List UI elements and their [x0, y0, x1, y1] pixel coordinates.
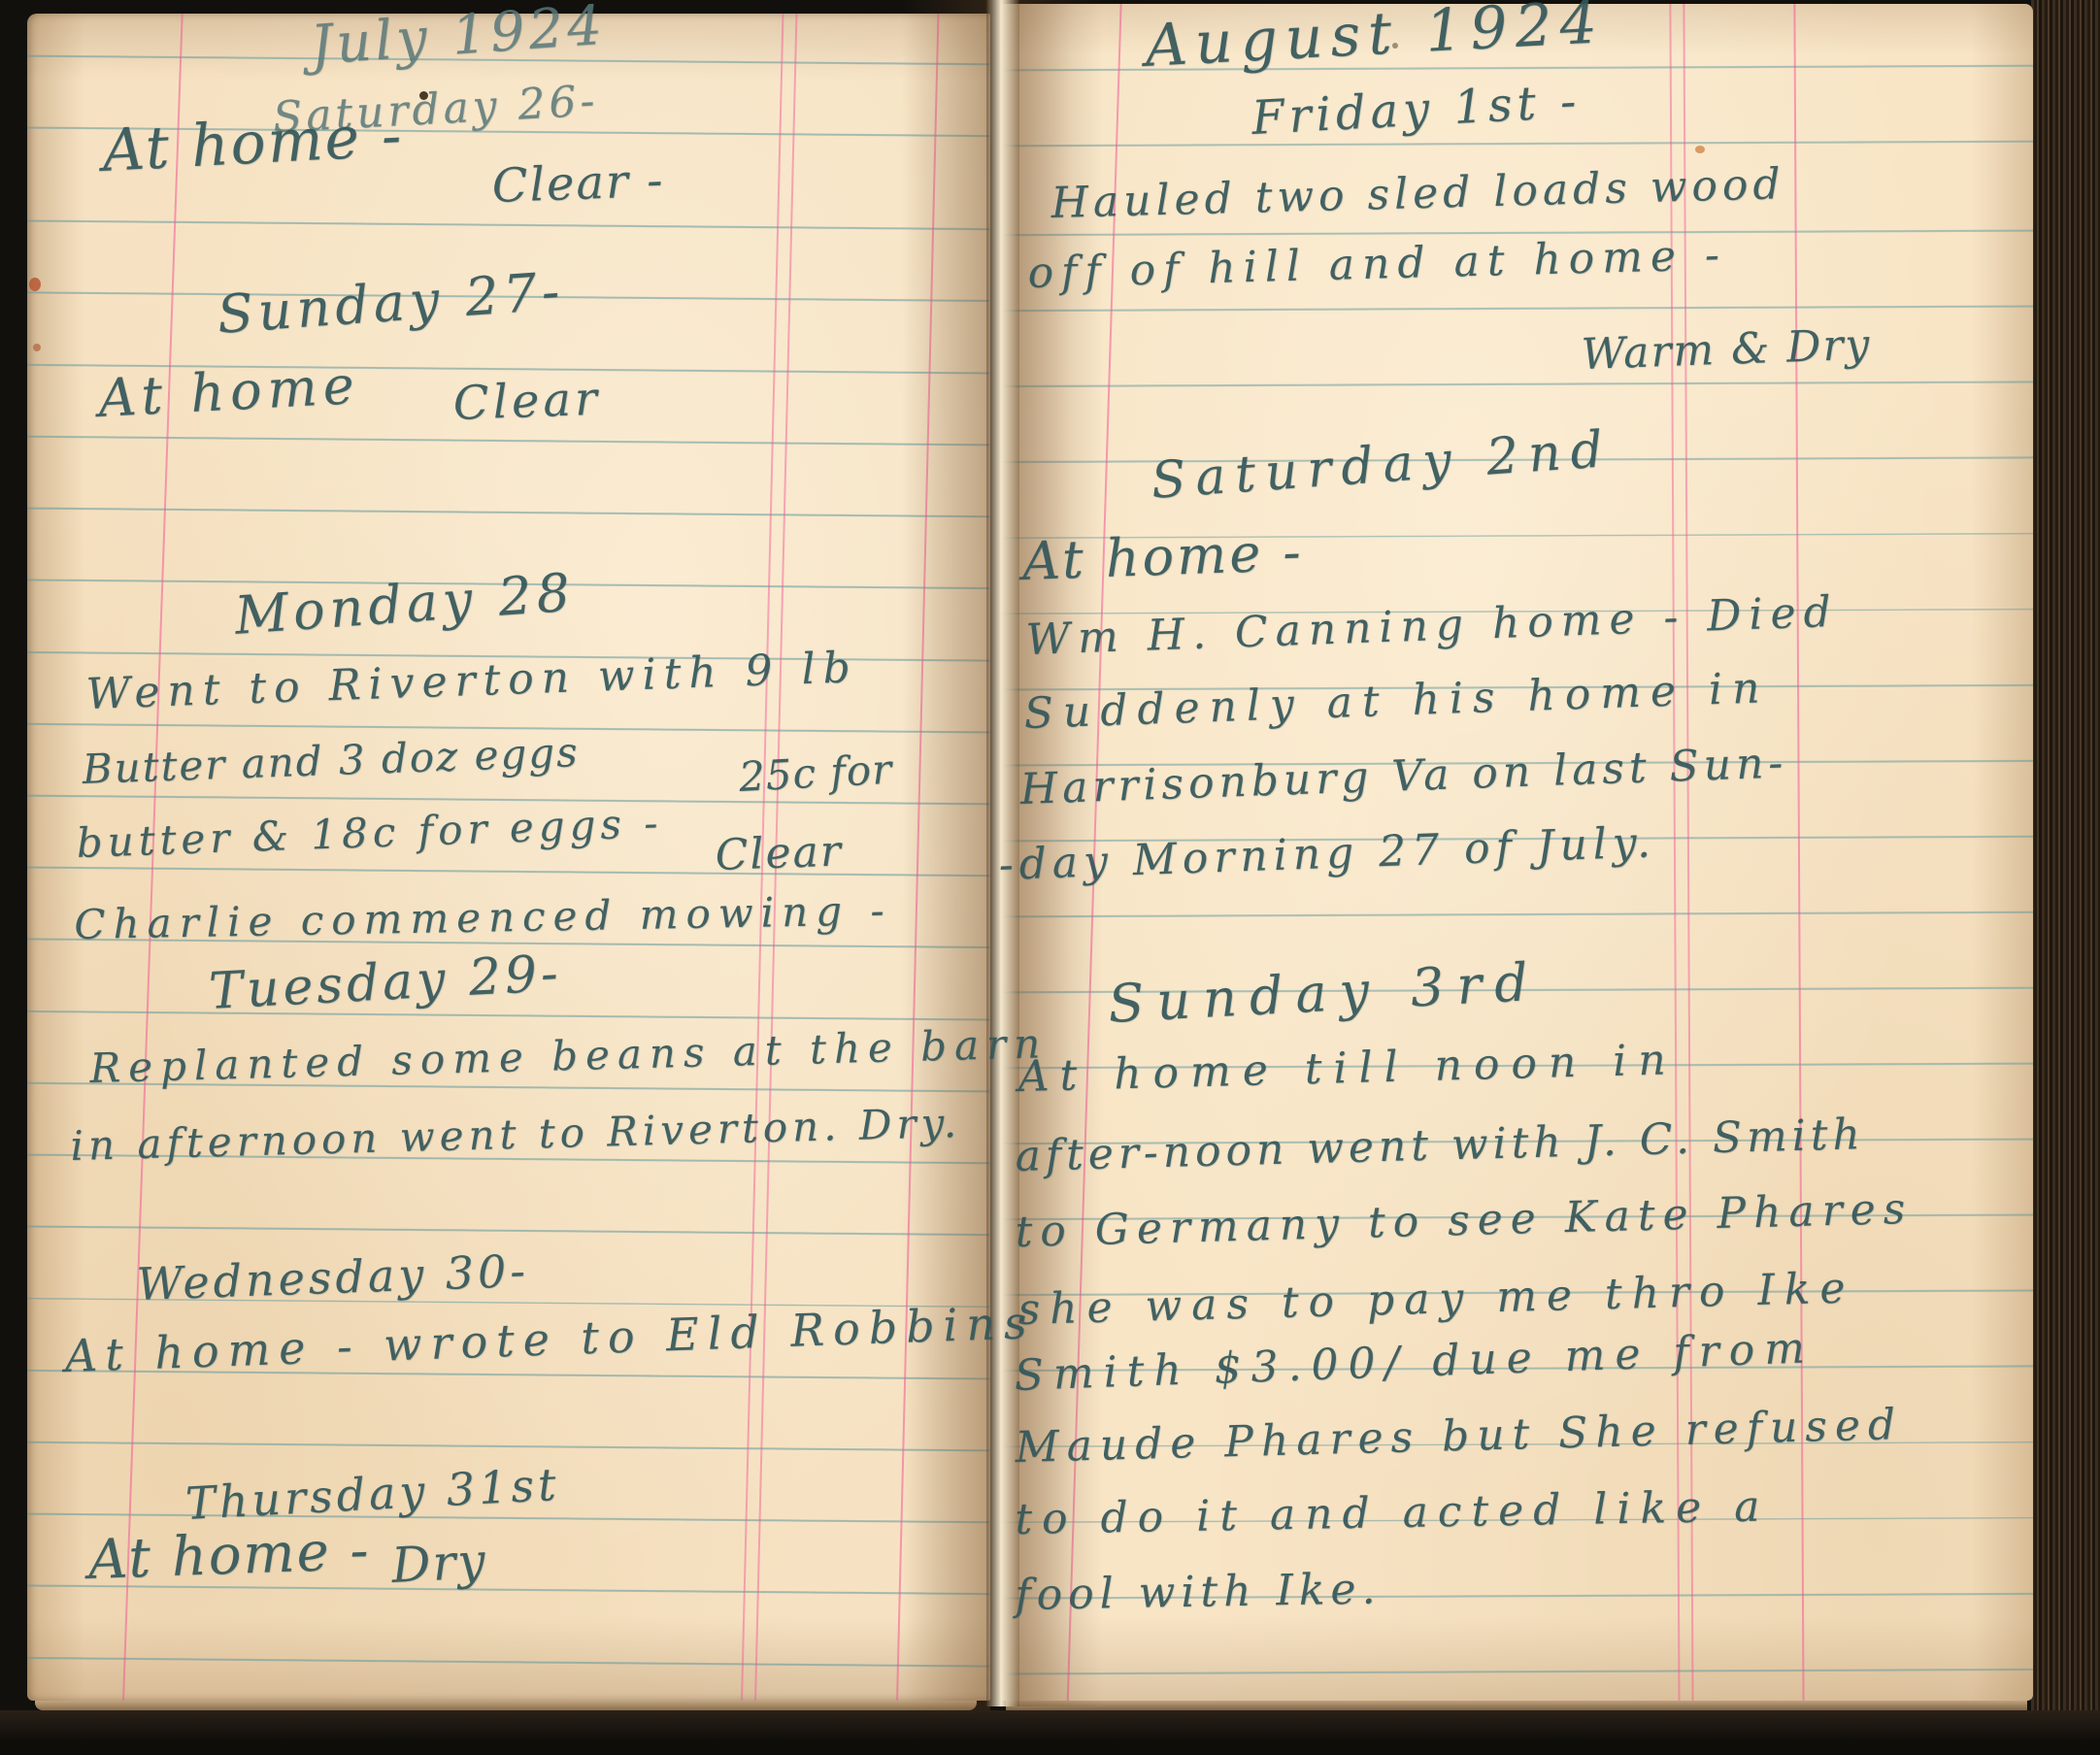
- rust-stain: [29, 278, 41, 291]
- diary-line: Dry: [390, 1537, 488, 1590]
- gutter-shadow-left: [901, 0, 990, 1710]
- diary-line: Clear -: [491, 157, 665, 210]
- diary-line: At home -: [87, 1524, 371, 1588]
- rust-stain-small: [33, 344, 41, 351]
- diary-line: Clear: [452, 376, 602, 427]
- diary-line: At home -: [101, 107, 405, 181]
- diary-line: Warm & Dry: [1581, 324, 1872, 377]
- amber-speck: [1695, 146, 1705, 153]
- diary-line: fool with Ike.: [1015, 1568, 1382, 1617]
- day-header-wednesday-30: Wednesday 30-: [136, 1248, 530, 1307]
- diary-scan: July 1924 Saturday 26- At home - Clear -…: [0, 0, 2100, 1755]
- diary-line: Clear: [715, 830, 844, 877]
- diary-line: to do it and acted like a: [1015, 1485, 1770, 1541]
- book-bottom-edge: [0, 1710, 2100, 1755]
- diary-line: At home -: [1021, 526, 1304, 588]
- diary-line: 25c for: [738, 749, 893, 798]
- book-page-edges: [2031, 0, 2100, 1755]
- diary-line: At home: [97, 359, 361, 425]
